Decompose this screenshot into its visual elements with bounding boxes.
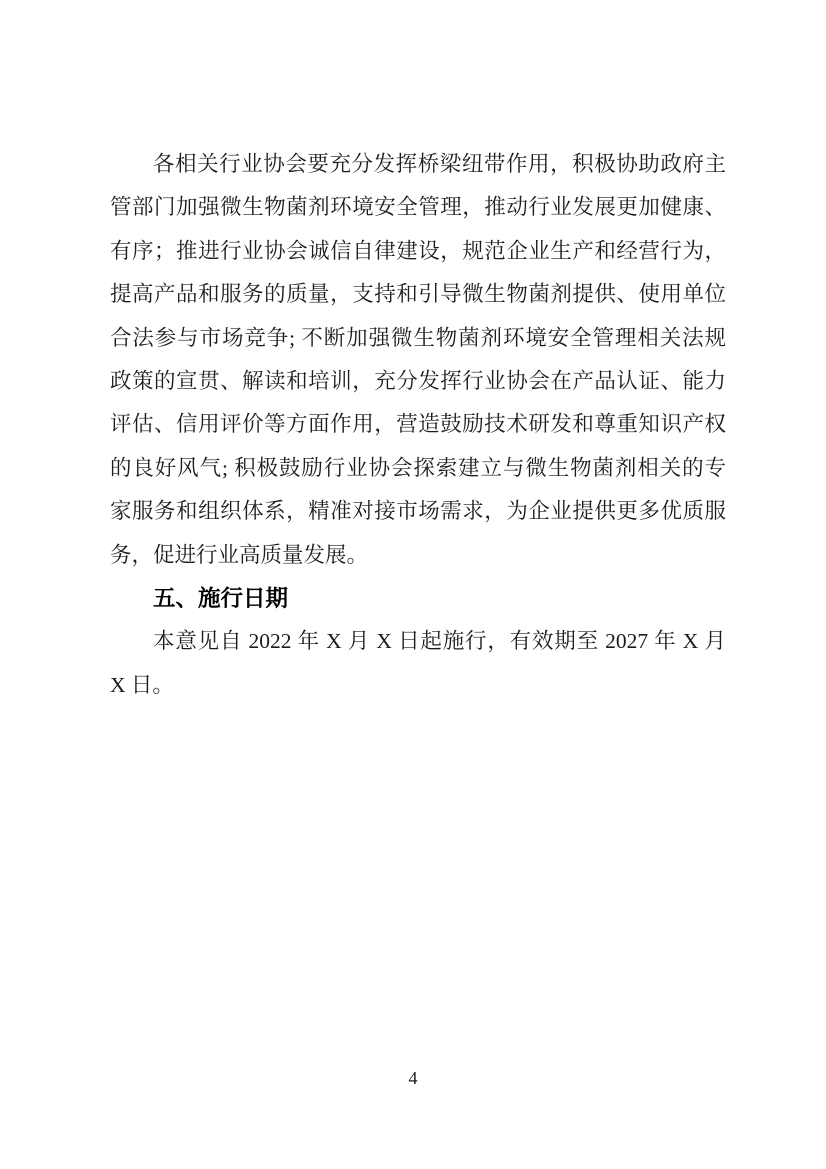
paragraph-line: X 日。	[110, 664, 726, 707]
paragraph-line: 提高产品和服务的质量，支持和引导微生物菌剂提供、使用单位	[110, 273, 726, 316]
body-text: 各相关行业协会要充分发挥桥梁纽带作用，积极协助政府主 管部门加强微生物菌剂环境安…	[110, 143, 726, 707]
paragraph-line: 家服务和组织体系，精准对接市场需求，为企业提供更多优质服	[110, 490, 726, 533]
paragraph-line: 有序；推进行业协会诚信自律建设，规范企业生产和经营行为，	[110, 230, 726, 273]
section-heading: 五、施行日期	[110, 577, 726, 620]
document-page: 各相关行业协会要充分发挥桥梁纽带作用，积极协助政府主 管部门加强微生物菌剂环境安…	[0, 0, 826, 1169]
paragraph-line: 管部门加强微生物菌剂环境安全管理，推动行业发展更加健康、	[110, 186, 726, 229]
paragraph-line: 本意见自 2022 年 X 月 X 日起施行，有效期至 2027 年 X 月	[110, 620, 726, 663]
paragraph-line: 合法参与市场竞争; 不断加强微生物菌剂环境安全管理相关法规	[110, 317, 726, 360]
page-number: 4	[0, 1066, 826, 1090]
paragraph-line: 评估、信用评价等方面作用，营造鼓励技术研发和尊重知识产权	[110, 403, 726, 446]
paragraph-line: 各相关行业协会要充分发挥桥梁纽带作用，积极协助政府主	[110, 143, 726, 186]
paragraph-line: 的良好风气; 积极鼓励行业协会探索建立与微生物菌剂相关的专	[110, 447, 726, 490]
paragraph-line: 务，促进行业高质量发展。	[110, 534, 726, 577]
paragraph-line: 政策的宣贯、解读和培训，充分发挥行业协会在产品认证、能力	[110, 360, 726, 403]
